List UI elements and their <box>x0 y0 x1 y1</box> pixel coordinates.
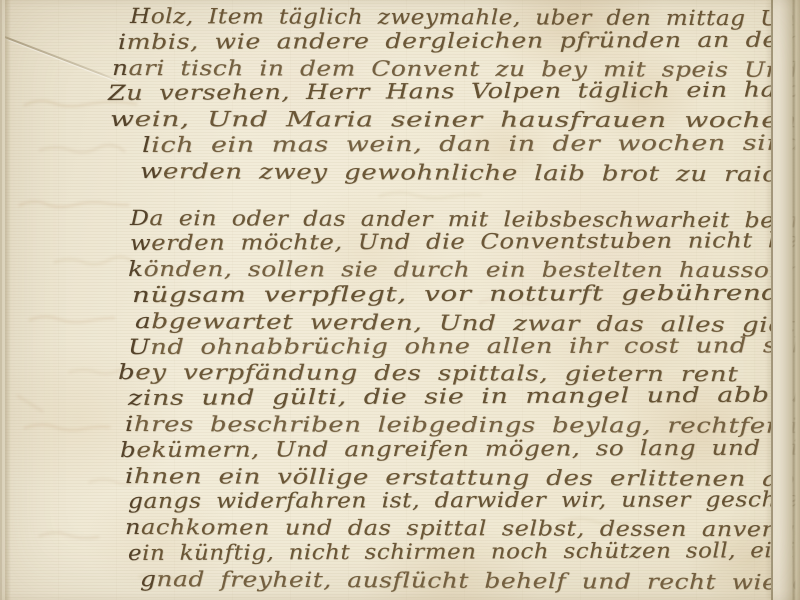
manuscript-line: gnad freyheit, ausflücht behelf und rech… <box>140 567 800 597</box>
manuscript-line: imbis, wie andere dergleichen pfründen a… <box>118 27 800 56</box>
manuscript-line: Zu versehen, Herr Hans Volpen täglich ei… <box>108 77 800 107</box>
manuscript-paragraph-1: Holz, Item täglich zweymahle, uber den m… <box>0 4 800 185</box>
manuscript-line: ein künftig, nicht schirmen noch schütze… <box>128 538 800 567</box>
manuscript-line: lich ein mas wein, dan in der wochen sin… <box>142 130 800 159</box>
manuscript-line: werden möchte, Und die Conventstuben nic… <box>130 228 800 257</box>
manuscript-page: Holz, Item täglich zweymahle, uber den m… <box>0 0 800 600</box>
manuscript-line: Und ohnabbrüchig ohne allen ihr cost und… <box>128 332 800 360</box>
manuscript-line: zins und gülti, die sie in mangel und ab… <box>128 382 800 412</box>
manuscript-text: Holz, Item täglich zweymahle, uber den m… <box>0 4 800 593</box>
manuscript-line: bekümern, Und angreifen mögen, so lang u… <box>120 435 800 464</box>
manuscript-line: werden zwey gewohnliche laib brot zu rai… <box>140 159 800 189</box>
manuscript-line: nügsam verpflegt, vor notturft gebührend… <box>132 280 800 309</box>
manuscript-paragraph-2: Da ein oder das ander mit leibsbeschwarh… <box>0 206 800 593</box>
manuscript-line: gangs widerfahren ist, darwider wir, uns… <box>128 487 800 515</box>
